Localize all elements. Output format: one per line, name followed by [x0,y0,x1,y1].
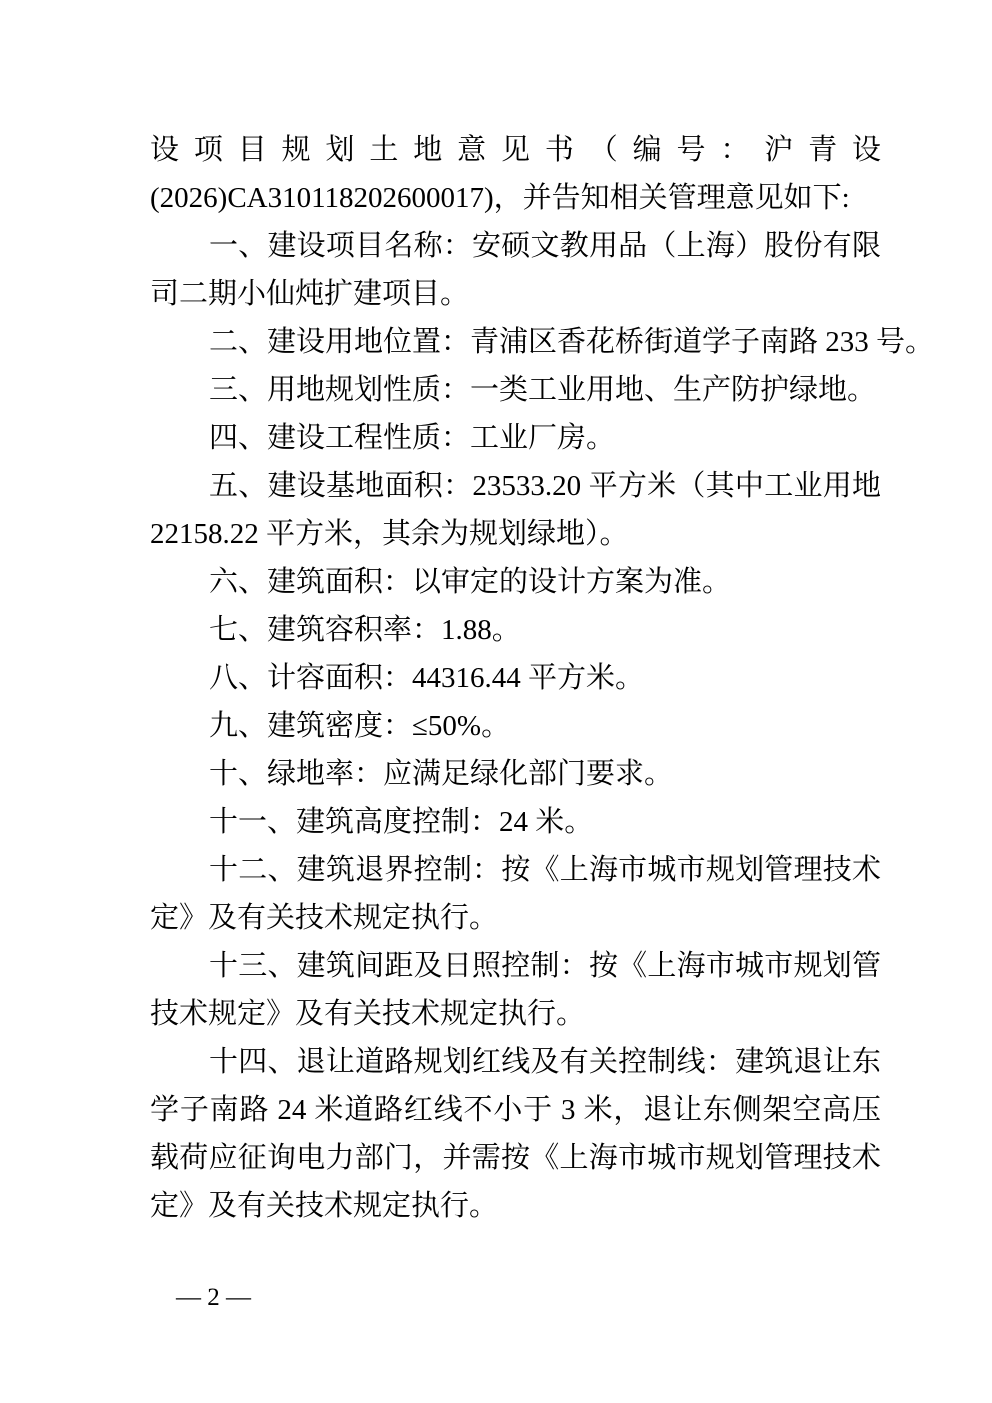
doc-line-19: 技术规定》及有关技术规定执行。 [150,990,881,1038]
doc-line-22: 载荷应征询电力部门，并需按《上海市城市规划管理技术规 [150,1134,881,1182]
doc-line-17: 定》及有关技术规定执行。 [150,894,881,942]
doc-line-13-item-9-density: 九、建筑密度：≤50%。 [150,702,881,750]
doc-line-16-item-12-setback: 十二、建筑退界控制：按《上海市城市规划管理技术规 [150,846,881,894]
doc-line-8-item-5-site-area: 五、建设基地面积：23533.20 平方米（其中工业用地 [150,462,881,510]
doc-line-18-item-13-spacing-sunlight: 十三、建筑间距及日照控制：按《上海市城市规划管理 [150,942,881,990]
doc-line-20-item-14-red-line: 十四、退让道路规划红线及有关控制线：建筑退让东侧 [150,1038,881,1086]
doc-line-12-item-8-counted-area: 八、计容面积：44316.44 平方米。 [150,654,881,702]
doc-line-5-item-2-site-location: 二、建设用地位置：青浦区香花桥街道学子南路 233 号。 [150,318,881,366]
page-number: — 2 — [176,1283,251,1313]
document-page: 设项目规划土地意见书（编号：沪青设 (2026)CA31011820260001… [0,0,992,1403]
doc-line-3-item-1-project-name: 一、建设项目名称：安硕文教用品（上海）股份有限公 [150,222,881,270]
doc-line-6-item-3-land-use: 三、用地规划性质：一类工业用地、生产防护绿地。 [150,366,881,414]
doc-line-21: 学子南路 24 米道路红线不小于 3 米，退让东侧架空高压线 [150,1086,881,1134]
doc-line-9: 22158.22 平方米，其余为规划绿地）。 [150,510,881,558]
doc-line-7-item-4-project-nature: 四、建设工程性质：工业厂房。 [150,414,881,462]
doc-line-14-item-10-green-ratio: 十、绿地率：应满足绿化部门要求。 [150,750,881,798]
doc-line-1: 设项目规划土地意见书（编号：沪青设 [150,126,881,174]
doc-line-10-item-6-floor-area: 六、建筑面积：以审定的设计方案为准。 [150,558,881,606]
doc-line-15-item-11-height-limit: 十一、建筑高度控制：24 米。 [150,798,881,846]
doc-line-11-item-7-plot-ratio: 七、建筑容积率：1.88。 [150,606,881,654]
document-body: 设项目规划土地意见书（编号：沪青设 (2026)CA31011820260001… [150,126,881,1230]
doc-line-4: 司二期小仙炖扩建项目。 [150,270,881,318]
doc-line-23: 定》及有关技术规定执行。 [150,1182,881,1230]
doc-line-2: (2026)CA310118202600017)，并告知相关管理意见如下: [150,174,881,222]
